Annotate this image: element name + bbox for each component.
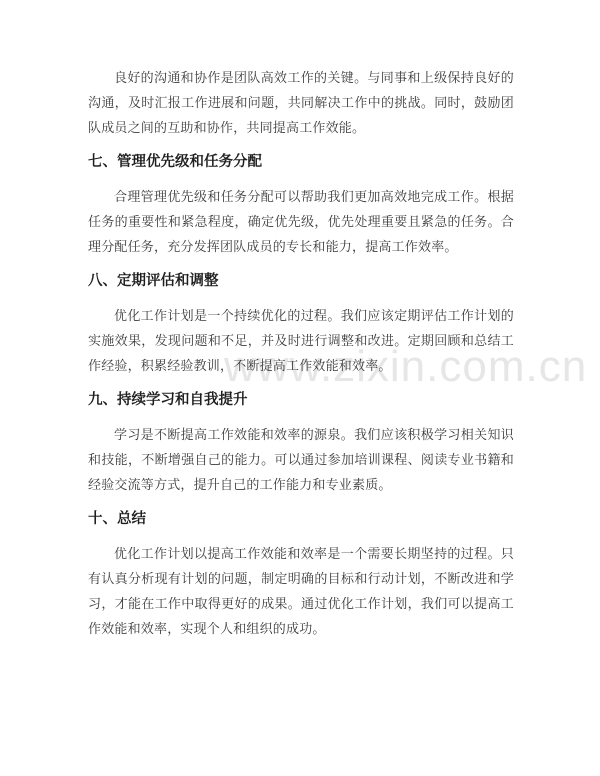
section-summary: 十、总结 优化工作计划以提高工作效能和效率是一个需要长期坚持的过程。只有认真分析… xyxy=(88,508,514,642)
section-heading: 九、持续学习和自我提升 xyxy=(88,389,514,411)
section-heading: 十、总结 xyxy=(88,508,514,530)
section-paragraph: 优化工作计划以提高工作效能和效率是一个需要长期坚持的过程。只有认真分析现有计划的… xyxy=(88,542,514,642)
document-page: 良好的沟通和协作是团队高效工作的关键。与同事和上级保持良好的沟通，及时汇报工作进… xyxy=(88,66,514,652)
section-heading: 八、定期评估和调整 xyxy=(88,270,514,292)
section-priority: 七、管理优先级和任务分配 合理管理优先级和任务分配可以帮助我们更加高效地完成工作… xyxy=(88,151,514,260)
section-paragraph: 合理管理优先级和任务分配可以帮助我们更加高效地完成工作。根据任务的重要性和紧急程… xyxy=(88,185,514,260)
section-learning: 九、持续学习和自我提升 学习是不断提高工作效能和效率的源泉。我们应该积极学习相关… xyxy=(88,389,514,498)
section-heading: 七、管理优先级和任务分配 xyxy=(88,151,514,173)
section-evaluation: 八、定期评估和调整 优化工作计划是一个持续优化的过程。我们应该定期评估工作计划的… xyxy=(88,270,514,379)
paragraph-communication: 良好的沟通和协作是团队高效工作的关键。与同事和上级保持良好的沟通，及时汇报工作进… xyxy=(88,66,514,141)
section-paragraph: 优化工作计划是一个持续优化的过程。我们应该定期评估工作计划的实施效果，发现问题和… xyxy=(88,304,514,379)
section-paragraph: 学习是不断提高工作效能和效率的源泉。我们应该积极学习相关知识和技能，不断增强自己… xyxy=(88,423,514,498)
